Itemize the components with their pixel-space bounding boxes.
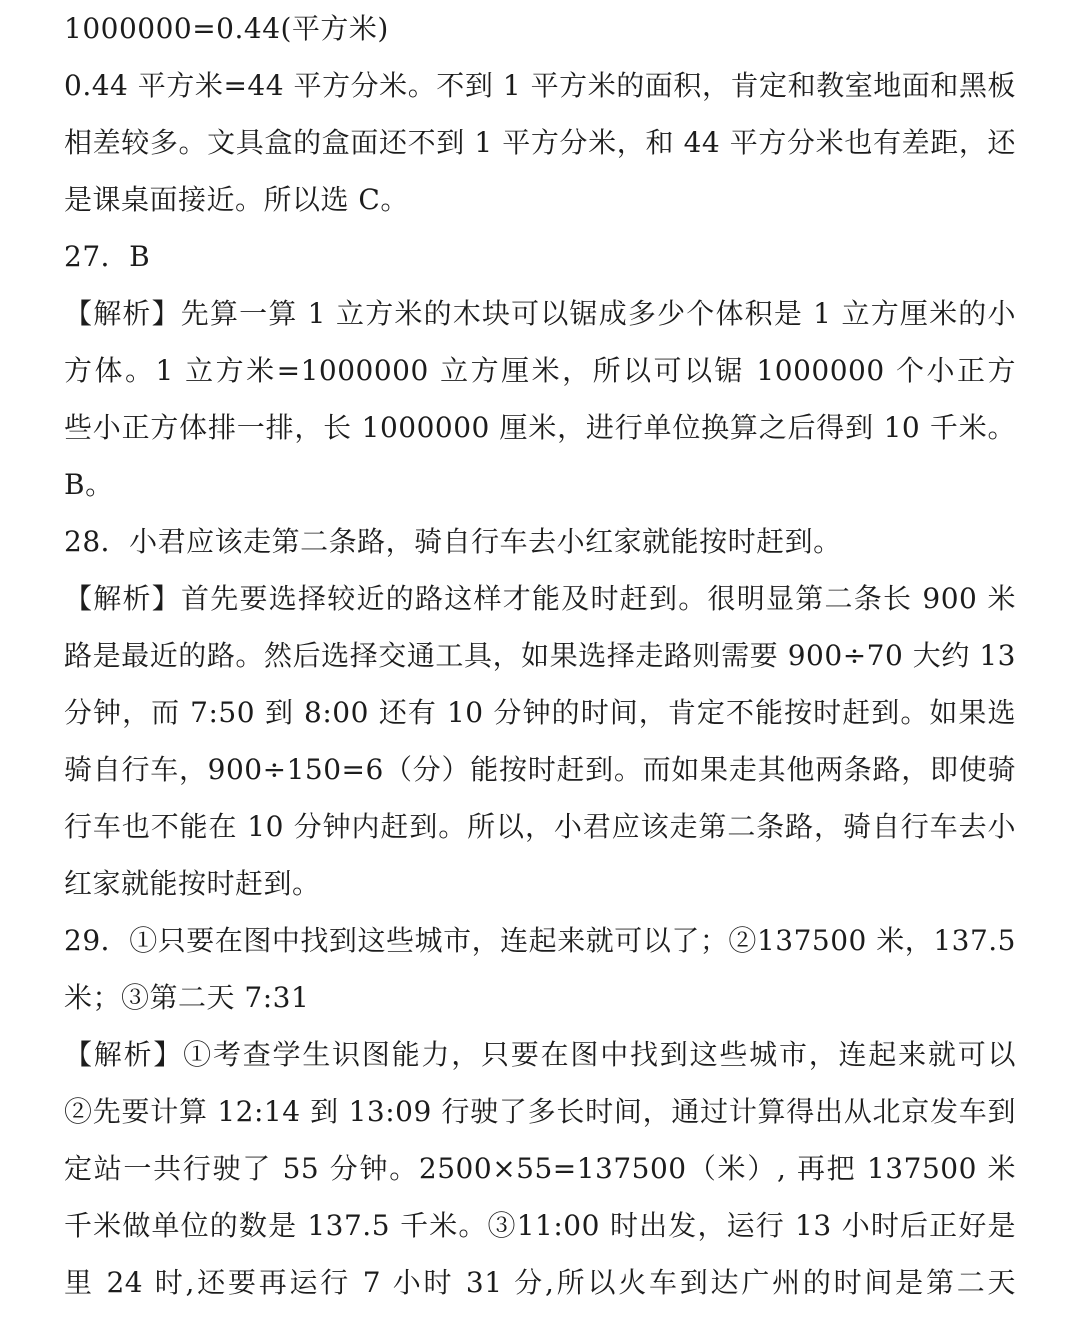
text-line: 定站一共行驶了 55 分钟。2500×55=137500（米）, 再把 1375…	[64, 1140, 1016, 1197]
text-line: 1000000=0.44(平方米)	[64, 0, 1016, 57]
text-line: 千米做单位的数是 137.5 千米。③11:00 时出发，运行 13 小时后正好…	[64, 1197, 1016, 1254]
document-page: 1000000=0.44(平方米)0.44 平方米=44 平方分米。不到 1 平…	[0, 0, 1080, 1336]
text-line: 红家就能按时赶到。	[64, 855, 1016, 912]
text-line: 27．B	[64, 228, 1016, 285]
text-line: 29．①只要在图中找到这些城市，连起来就可以了；②137500 米，137.5 …	[64, 912, 1016, 969]
text-line: 【解析】首先要选择较近的路这样才能及时赶到。很明显第二条长 900 米的	[64, 570, 1016, 627]
explanation-28: 【解析】首先要选择较近的路这样才能及时赶到。很明显第二条长 900 米的路是最近…	[64, 570, 1016, 912]
explanation-29: 【解析】①考查学生识图能力，只要在图中找到这些城市，连起来就可以了。②先要计算 …	[64, 1026, 1016, 1311]
text-line: 【解析】先算一算 1 立方米的木块可以锯成多少个体积是 1 立方厘米的小正	[64, 285, 1016, 342]
answer-26-explanation: 0.44 平方米=44 平方分米。不到 1 平方米的面积，肯定和教室地面和黑板面…	[64, 57, 1016, 228]
answer-29: 29．①只要在图中找到这些城市，连起来就可以了；②137500 米，137.5 …	[64, 912, 1016, 1026]
text-line: 方体。1 立方米=1000000 立方厘米，所以可以锯 1000000 个小正方…	[64, 342, 1016, 399]
answer-26-formula-continuation: 1000000=0.44(平方米)	[64, 0, 1016, 57]
text-line: 骑自行车，900÷150=6（分）能按时赶到。而如果走其他两条路，即使骑自	[64, 741, 1016, 798]
text-line: 28．小君应该走第二条路，骑自行车去小红家就能按时赶到。	[64, 513, 1016, 570]
text-line: B。	[64, 456, 1016, 513]
explanation-27: 【解析】先算一算 1 立方米的木块可以锯成多少个体积是 1 立方厘米的小正方体。…	[64, 285, 1016, 513]
text-line: 里 24 时,还要再运行 7 小时 31 分,所以火车到达广州的时间是第二天 7…	[64, 1254, 1016, 1311]
document-body: 1000000=0.44(平方米)0.44 平方米=44 平方分米。不到 1 平…	[64, 0, 1016, 1311]
text-line: 【解析】①考查学生识图能力，只要在图中找到这些城市，连起来就可以了。	[64, 1026, 1016, 1083]
answer-28: 28．小君应该走第二条路，骑自行车去小红家就能按时赶到。	[64, 513, 1016, 570]
text-line: 是课桌面接近。所以选 C。	[64, 171, 1016, 228]
text-line: 相差较多。文具盒的盒面还不到 1 平方分米，和 44 平方分米也有差距，还	[64, 114, 1016, 171]
text-line: 分钟，而 7:50 到 8:00 还有 10 分钟的时间，肯定不能按时赶到。如果…	[64, 684, 1016, 741]
answer-27: 27．B	[64, 228, 1016, 285]
text-line: ②先要计算 12:14 到 13:09 行驶了多长时间，通过计算得出从北京发车到…	[64, 1083, 1016, 1140]
text-line: 路是最近的路。然后选择交通工具，如果选择走路则需要 900÷70 大约 13	[64, 627, 1016, 684]
text-line: 米；③第二天 7:31	[64, 969, 1016, 1026]
text-line: 行车也不能在 10 分钟内赶到。所以，小君应该走第二条路，骑自行车去小	[64, 798, 1016, 855]
text-line: 0.44 平方米=44 平方分米。不到 1 平方米的面积，肯定和教室地面和黑板面	[64, 57, 1016, 114]
text-line: 些小正方体排一排，长 1000000 厘米，进行单位换算之后得到 10 千米。选	[64, 399, 1016, 456]
